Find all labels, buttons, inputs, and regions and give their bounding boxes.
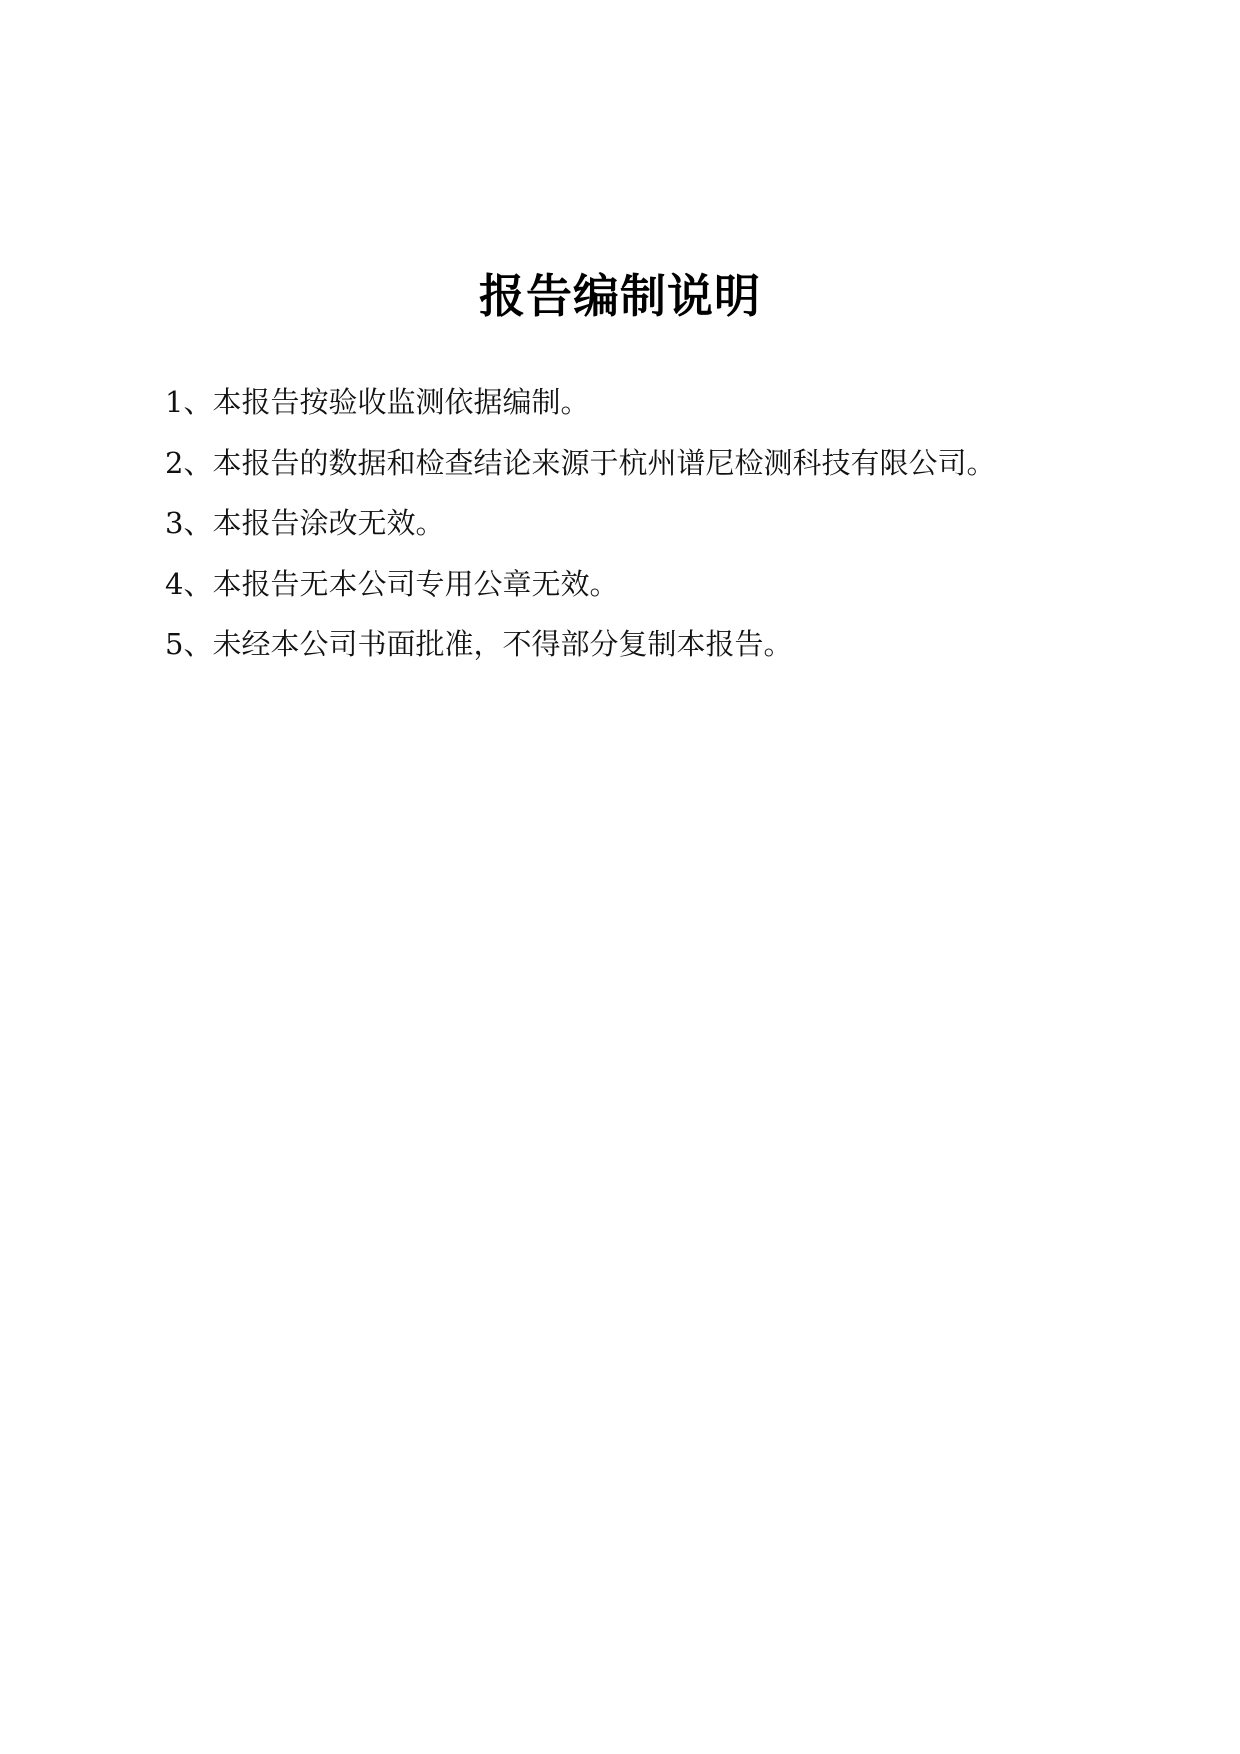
item-number: 1、 xyxy=(165,382,212,422)
item-number: 3、 xyxy=(165,503,212,543)
statement-list: 1、本报告按验收监测依据编制。 2、本报告的数据和检查结论来源于杭州谱尼检测科技… xyxy=(165,382,995,685)
item-text: 本报告的数据和检查结论来源于杭州谱尼检测科技有限公司。 xyxy=(212,446,995,480)
item-text: 本报告无本公司专用公章无效。 xyxy=(212,567,618,601)
page-title: 报告编制说明 xyxy=(0,266,1240,326)
list-item: 3、本报告涂改无效。 xyxy=(165,503,995,564)
item-number: 5、 xyxy=(165,624,212,664)
list-item: 4、本报告无本公司专用公章无效。 xyxy=(165,564,995,625)
item-number: 4、 xyxy=(165,564,212,604)
item-number: 2、 xyxy=(165,443,212,483)
item-text: 未经本公司书面批准，不得部分复制本报告。 xyxy=(212,627,792,661)
list-item: 2、本报告的数据和检查结论来源于杭州谱尼检测科技有限公司。 xyxy=(165,443,995,504)
list-item: 1、本报告按验收监测依据编制。 xyxy=(165,382,995,443)
item-text: 本报告涂改无效。 xyxy=(212,506,444,540)
item-text: 本报告按验收监测依据编制。 xyxy=(212,385,589,419)
list-item: 5、未经本公司书面批准，不得部分复制本报告。 xyxy=(165,624,995,685)
document-page: 报告编制说明 1、本报告按验收监测依据编制。 2、本报告的数据和检查结论来源于杭… xyxy=(0,0,1240,1754)
